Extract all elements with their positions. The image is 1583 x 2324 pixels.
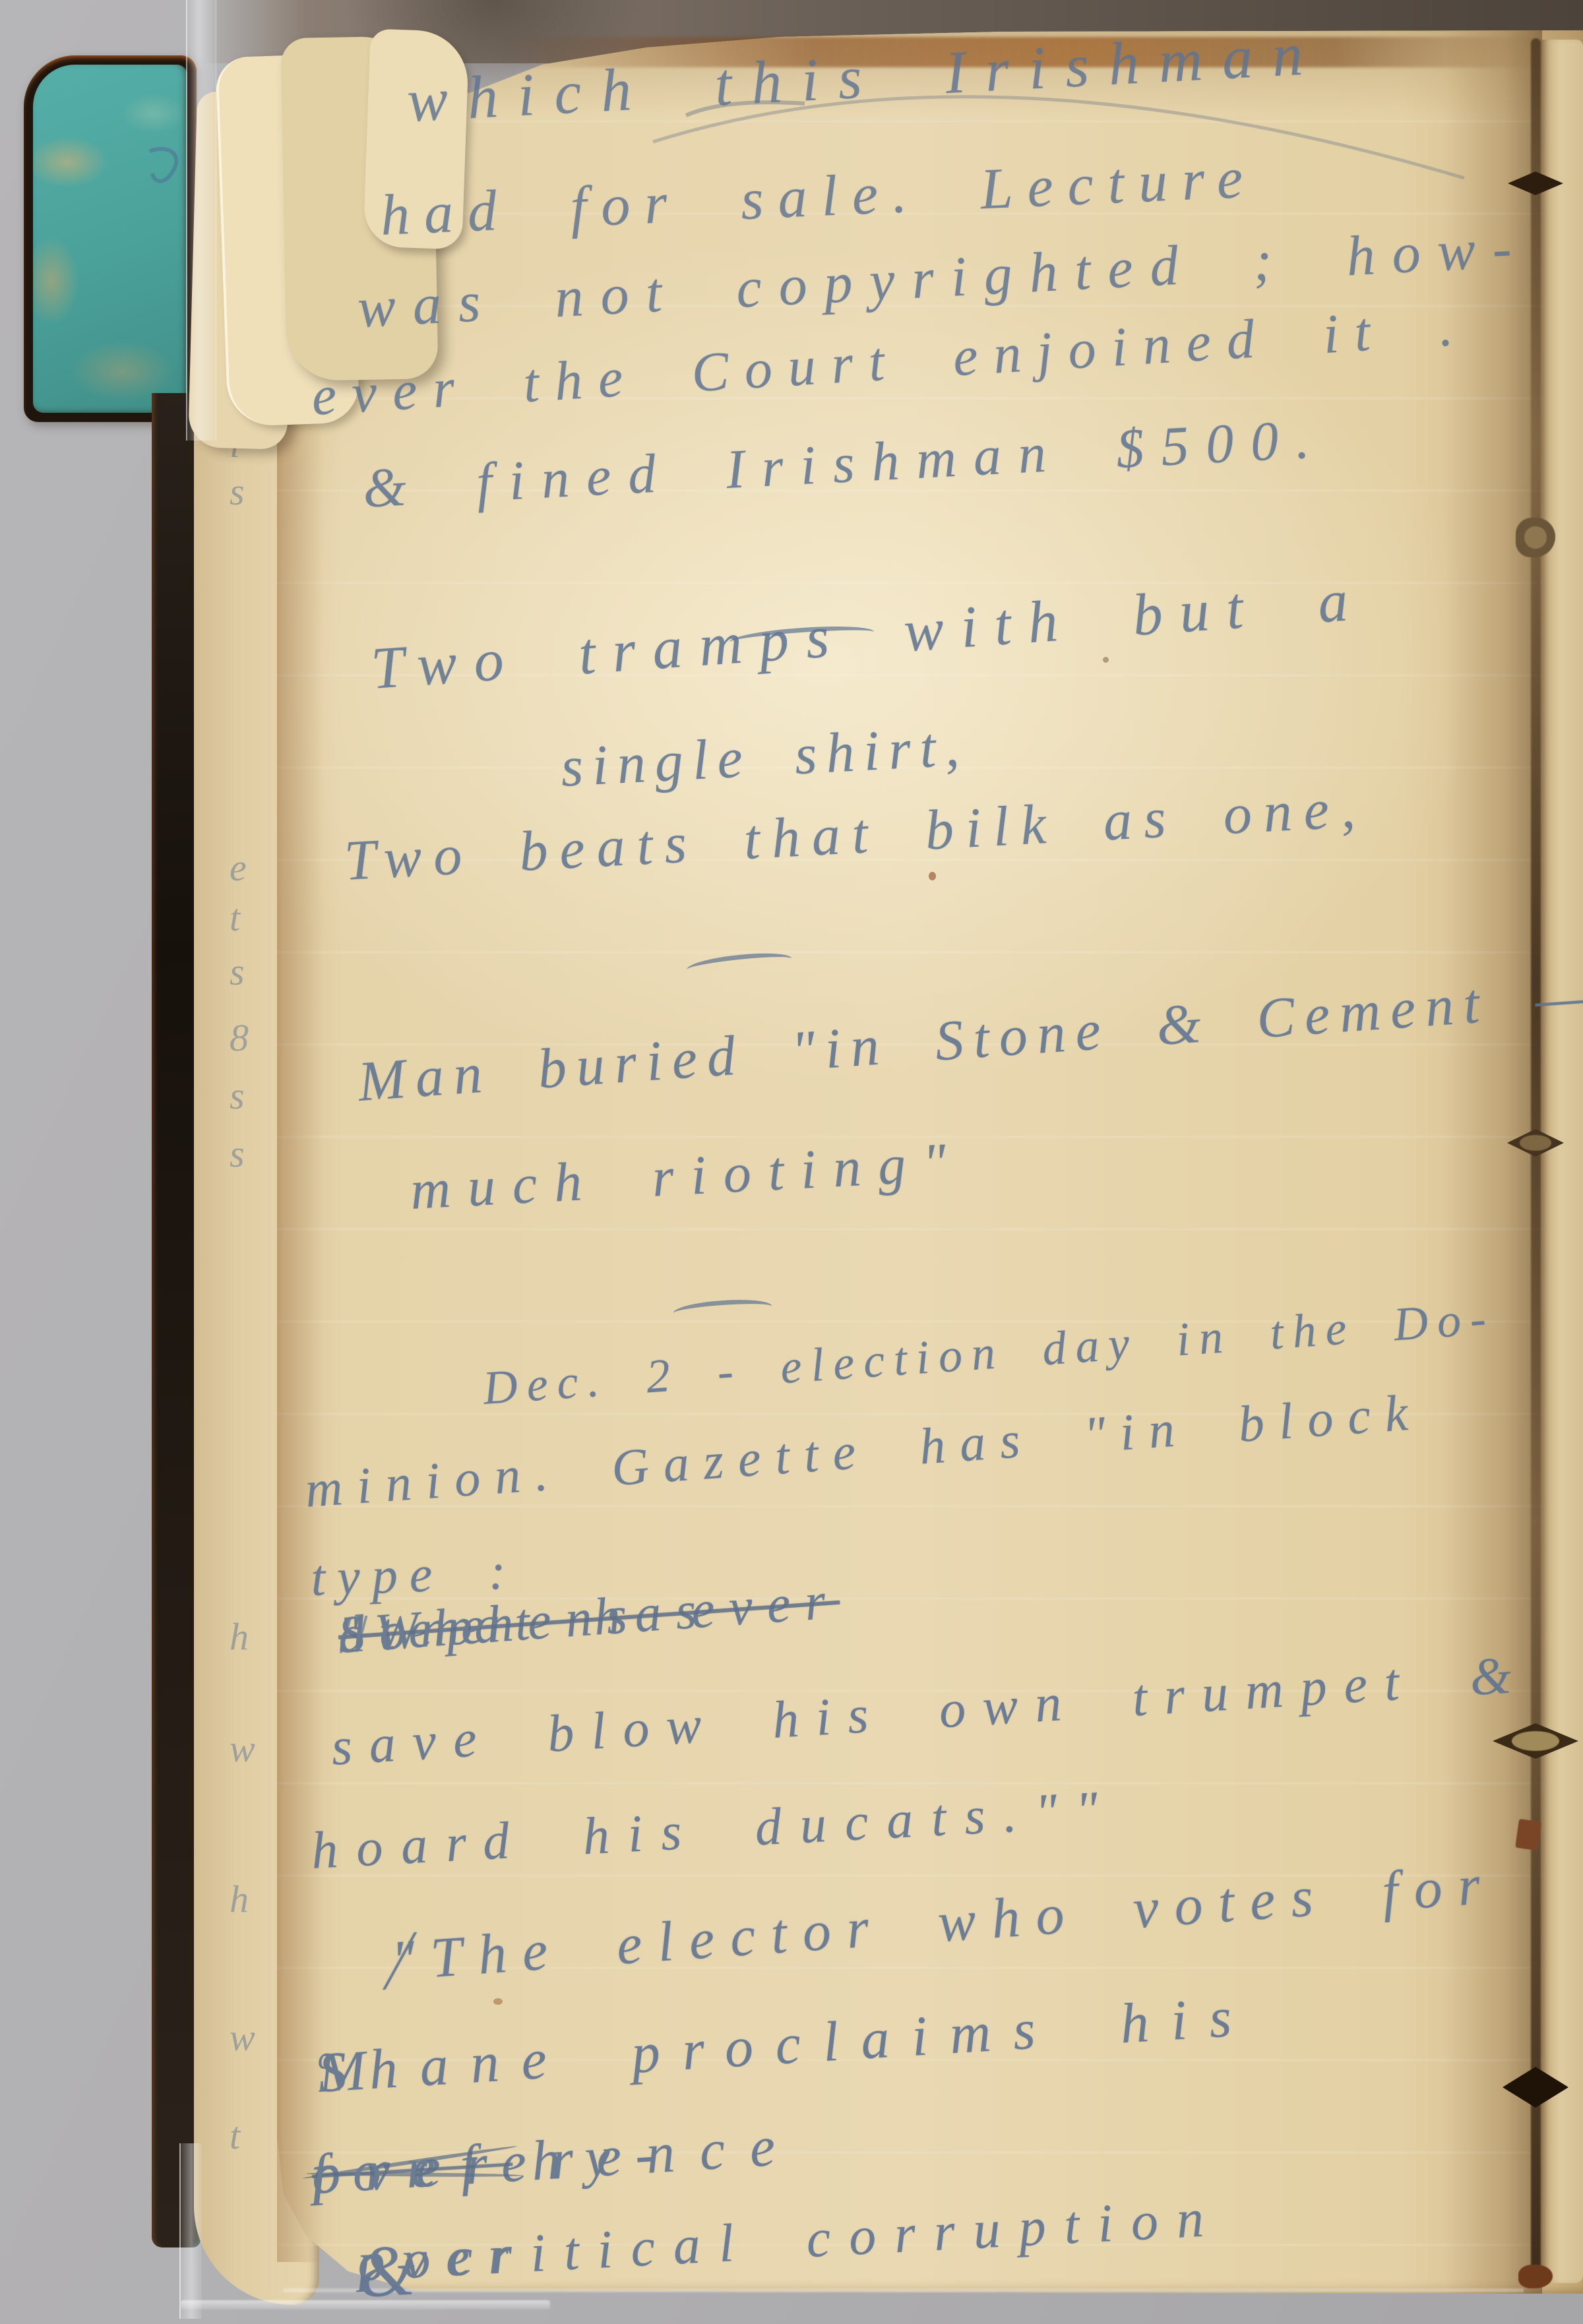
ink-text: save blow his own trumpet & xyxy=(330,1647,1530,1775)
ink-text: had for sale. Lecture xyxy=(379,148,1258,247)
ink-text: Two tramps with but a xyxy=(369,569,1367,701)
ink-text: Shane proclaims his xyxy=(317,1986,1255,2102)
ink-text: for hy- xyxy=(310,2122,681,2204)
ink-text: Man buried "in Stone & Cement — xyxy=(356,965,1583,1111)
ink-text: much rioting" xyxy=(409,1133,964,1220)
ink-text: which this Irishman xyxy=(406,21,1324,133)
notebook-photo: uatisets8sshwhwt which this Irishmanhad … xyxy=(0,0,1583,2324)
handwriting-layer: which this Irishmanhad for sale. Lecture… xyxy=(0,0,1583,2324)
ink-text: hoard his ducats."" xyxy=(310,1781,1117,1879)
ink-text: done xyxy=(336,1597,501,1663)
ink-text: over xyxy=(356,2226,529,2291)
ink-text: minion. Gazette has "in block xyxy=(303,1385,1424,1517)
ink-text: Two beats that bilk as one, xyxy=(343,778,1368,890)
ink-text: "The elector who votes for xyxy=(389,1854,1498,1990)
ink-text: single shirt, xyxy=(559,716,970,797)
ink-text: & fined Irishman $500. xyxy=(361,410,1328,518)
